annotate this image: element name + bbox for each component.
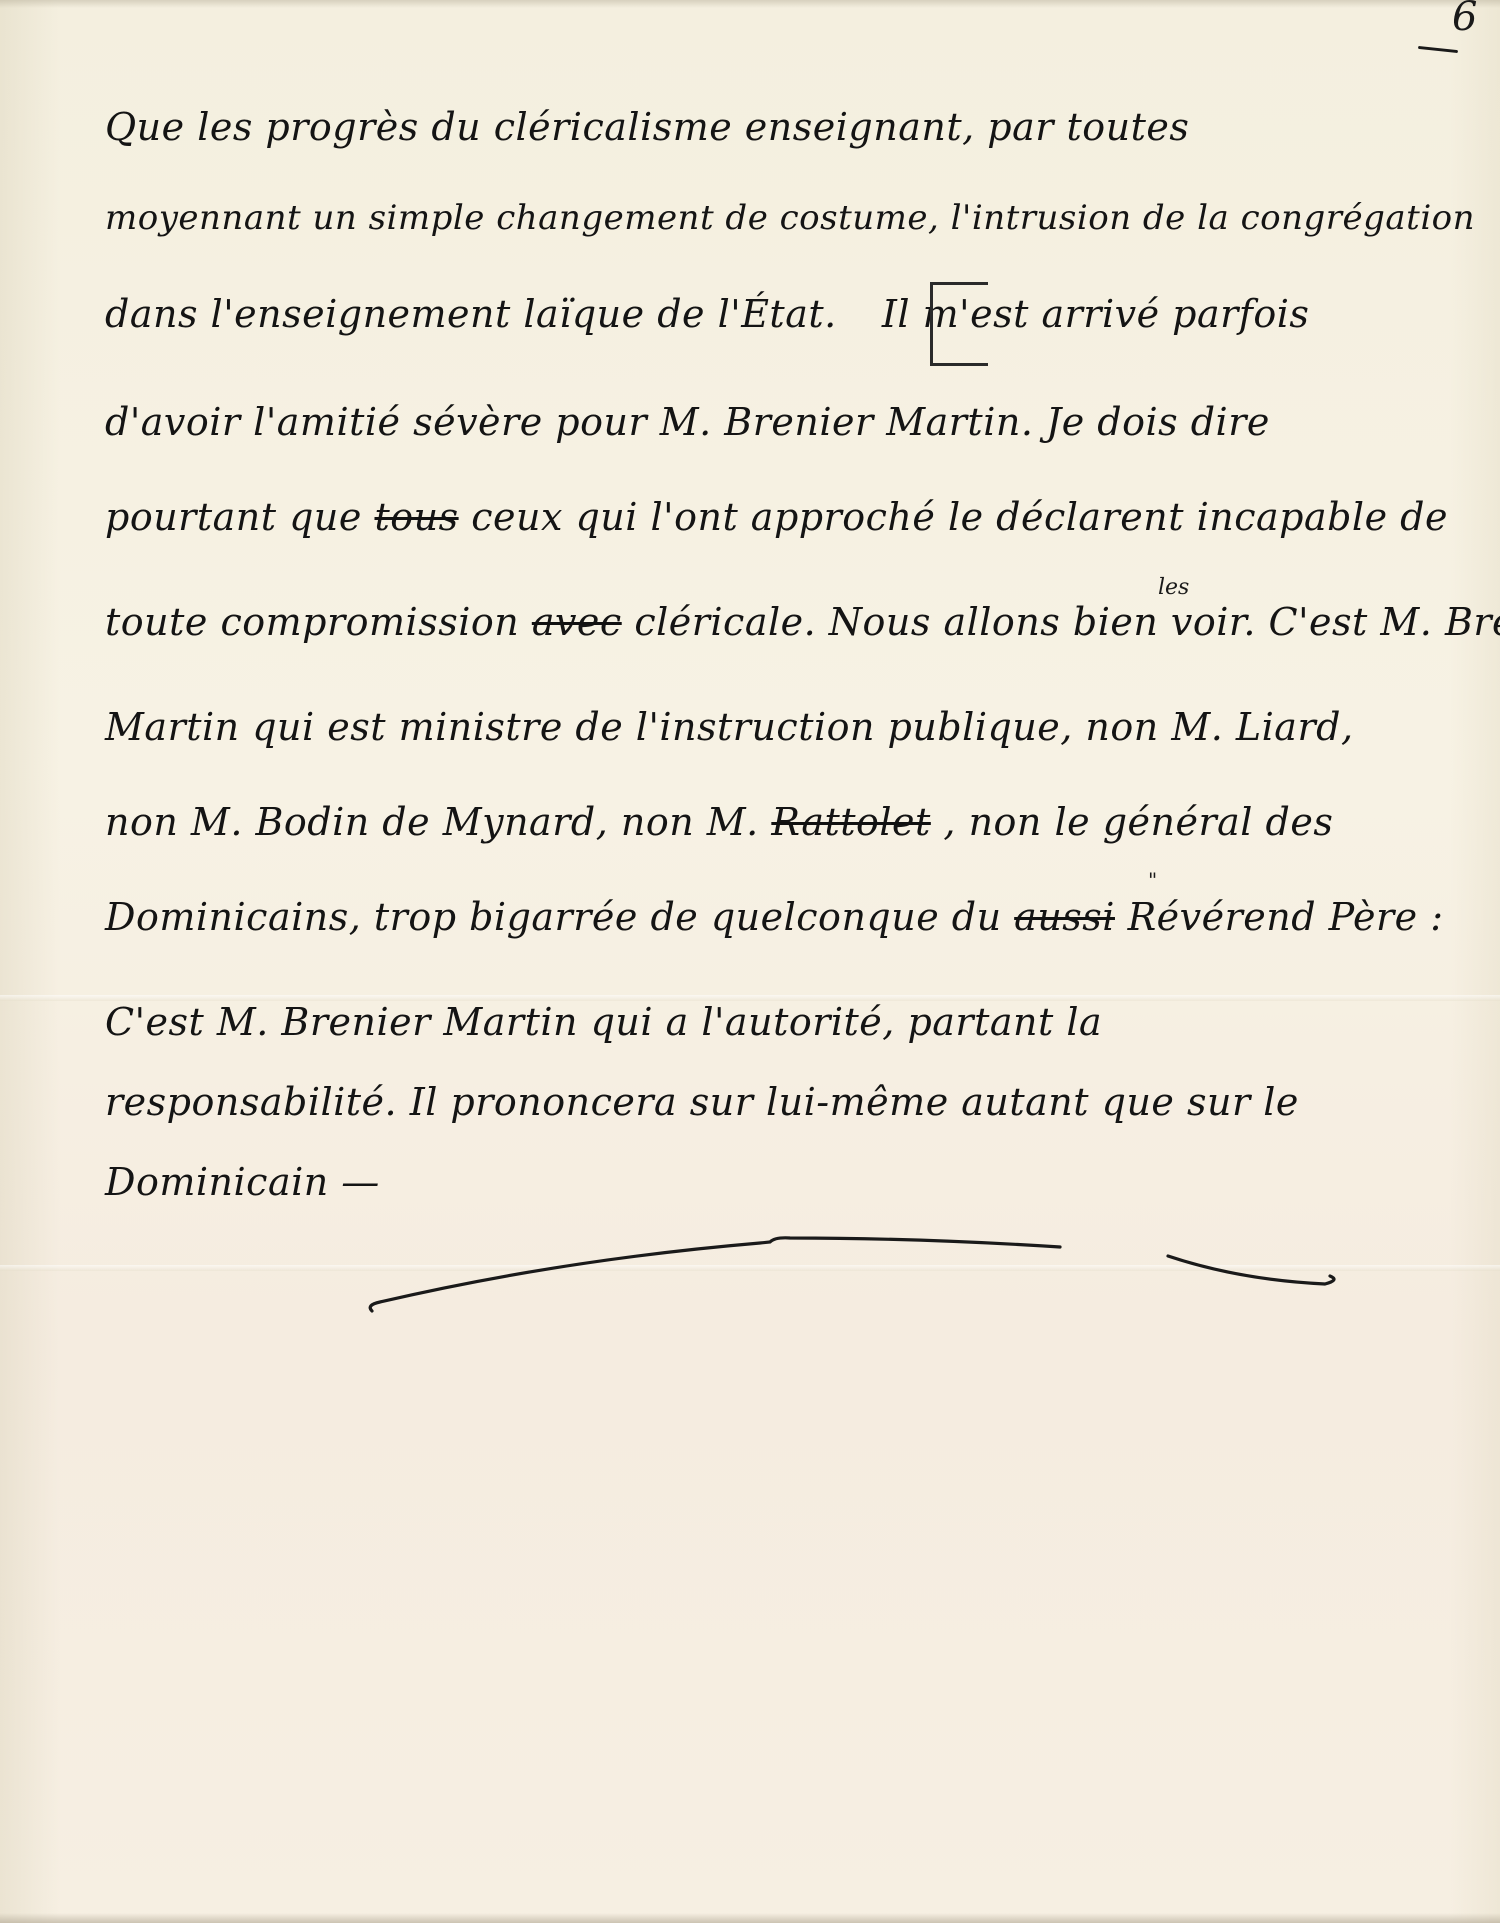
manuscript-page: 6 Que les progrès du cléricalisme enseig…	[0, 0, 1500, 1923]
closing-flourish	[0, 0, 1500, 1923]
